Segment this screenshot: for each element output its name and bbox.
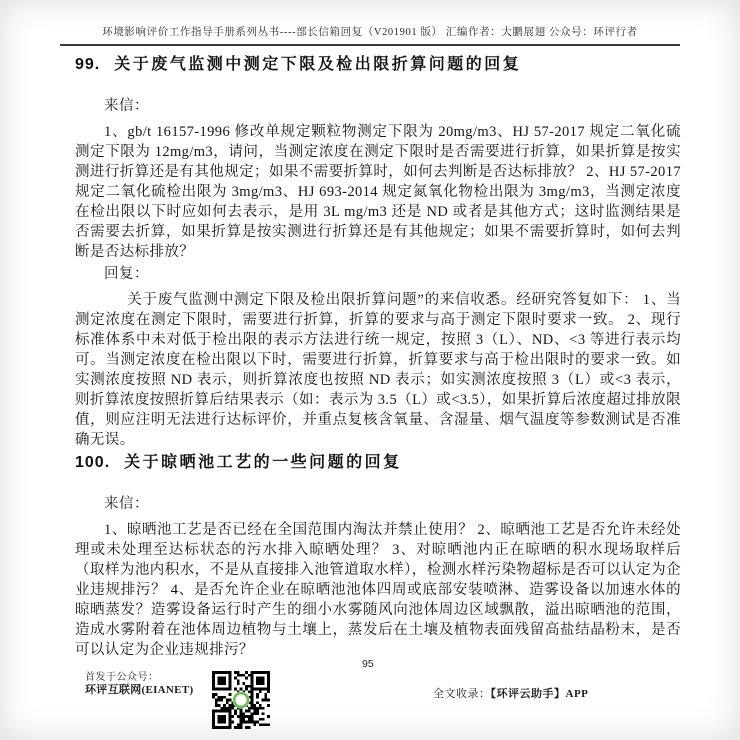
- reply-label-99: 回复：: [75, 264, 681, 284]
- reply-text-99: 关于废气监测中测定下限及检出限折算问题”的来信收悉。经研究答复如下： 1、当测定…: [75, 290, 681, 450]
- section-99-title: 关于废气监测中测定下限及检出限折算问题的回复: [114, 56, 521, 73]
- footer-app-name: 【环评云助手】: [491, 688, 566, 700]
- document-page: 环境影响评价工作指导手册系列丛书----部长信箱回复（V201901 版） 汇编…: [0, 0, 740, 740]
- section-99-number: 99.: [75, 56, 100, 73]
- header-text: 环境影响评价工作指导手册系列丛书----部长信箱回复（V201901 版） 汇编…: [102, 27, 638, 38]
- footer-app-suffix: APP: [566, 688, 589, 700]
- qr-code: [212, 671, 270, 729]
- letter-label-99: 来信：: [75, 96, 681, 116]
- footer-publisher-line2: 环评互联网(EIANET): [85, 684, 193, 697]
- letter-text-99: 1、gb/t 16157-1996 修改单规定颗粒物测定下限为 20mg/m3、…: [75, 122, 681, 262]
- page-header: 环境影响评价工作指导手册系列丛书----部长信箱回复（V201901 版） 汇编…: [60, 24, 680, 46]
- section-99-heading: 99.关于废气监测中测定下限及检出限折算问题的回复: [75, 54, 681, 76]
- page-number: 95: [362, 658, 374, 670]
- section-100-heading: 100.关于晾晒池工艺的一些问题的回复: [75, 452, 681, 474]
- section-100: 100.关于晾晒池工艺的一些问题的回复 来信： 1、晾晒池工艺是否已经在全国范围…: [75, 452, 681, 660]
- section-100-number: 100.: [75, 454, 110, 471]
- footer-publisher: 首发于公众号： 环评互联网(EIANET): [85, 671, 193, 697]
- footer-app-prefix: 全文收录：: [433, 688, 491, 700]
- footer-publisher-line1: 首发于公众号：: [85, 671, 193, 684]
- footer-app-note: 全文收录：【环评云助手】APP: [433, 685, 588, 701]
- section-99: 99.关于废气监测中测定下限及检出限折算问题的回复 来信： 1、gb/t 161…: [75, 54, 681, 450]
- section-100-title: 关于晾晒池工艺的一些问题的回复: [124, 454, 402, 471]
- letter-label-100: 来信：: [75, 494, 681, 514]
- letter-text-100: 1、晾晒池工艺是否已经在全国范围内淘汰并禁止使用？ 2、晾晒池工艺是否允许未经处…: [75, 520, 681, 660]
